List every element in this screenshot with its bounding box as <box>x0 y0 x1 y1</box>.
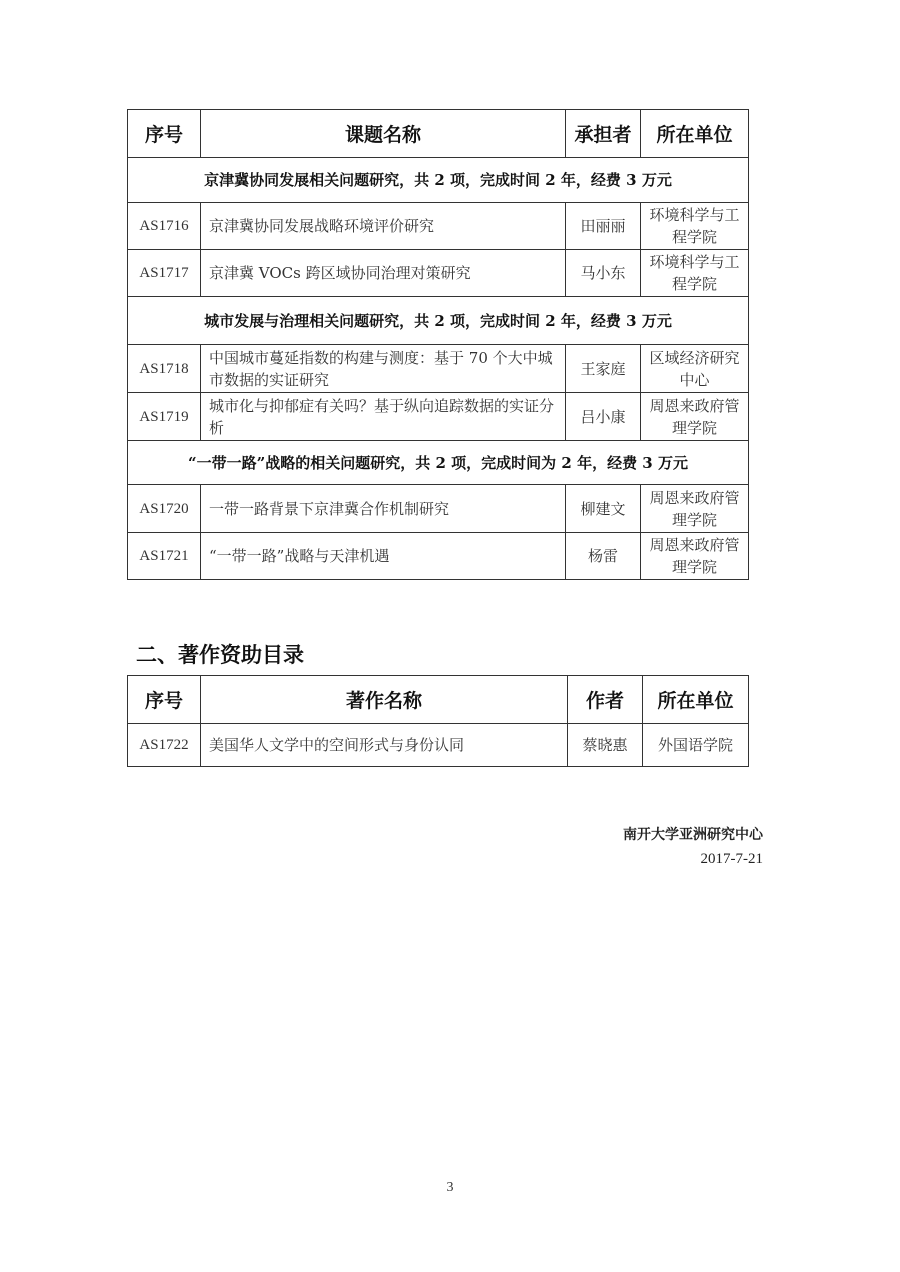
page-number: 3 <box>0 1180 900 1196</box>
project-id: AS1718 <box>128 345 201 393</box>
group-title: 京津冀协同发展相关问题研究，共 2 项，完成时间 2 年，经费 3 万元 <box>128 158 749 203</box>
group-row: 京津冀协同发展相关问题研究，共 2 项，完成时间 2 年，经费 3 万元 <box>128 158 749 203</box>
project-unit: 区域经济研究中心 <box>641 345 749 393</box>
group-title: 城市发展与治理相关问题研究，共 2 项，完成时间 2 年，经费 3 万元 <box>128 297 749 345</box>
project-person: 马小东 <box>566 250 641 297</box>
book-title: 美国华人文学中的空间形式与身份认同 <box>201 724 568 767</box>
project-unit: 周恩来政府管理学院 <box>641 393 749 441</box>
project-person: 王家庭 <box>566 345 641 393</box>
header-title: 课题名称 <box>201 110 566 158</box>
project-unit: 环境科学与工程学院 <box>641 250 749 297</box>
project-title: “一带一路”战略与天津机遇 <box>201 533 566 580</box>
project-unit: 周恩来政府管理学院 <box>641 485 749 533</box>
project-person: 田丽丽 <box>566 203 641 250</box>
header-id: 序号 <box>128 676 201 724</box>
table-row: AS1720 一带一路背景下京津冀合作机制研究 柳建文 周恩来政府管理学院 <box>128 485 749 533</box>
group-row: “一带一路”战略的相关问题研究，共 2 项，完成时间为 2 年，经费 3 万元 <box>128 441 749 485</box>
header-person: 承担者 <box>566 110 641 158</box>
header-unit: 所在单位 <box>641 110 749 158</box>
signature-date: 2017-7-21 <box>623 847 763 871</box>
table-row: AS1718 中国城市蔓延指数的构建与测度：基于 70 个大中城市数据的实证研究… <box>128 345 749 393</box>
signature-block: 南开大学亚洲研究中心 2017-7-21 <box>623 823 763 871</box>
header-title: 著作名称 <box>201 676 568 724</box>
table-row: AS1717 京津冀 VOCs 跨区域协同治理对策研究 马小东 环境科学与工程学… <box>128 250 749 297</box>
project-title: 京津冀协同发展战略环境评价研究 <box>201 203 566 250</box>
table-row: AS1719 城市化与抑郁症有关吗？基于纵向追踪数据的实证分析 吕小康 周恩来政… <box>128 393 749 441</box>
book-table: 序号 著作名称 作者 所在单位 AS1722 美国华人文学中的空间形式与身份认同… <box>127 675 749 767</box>
table-header-row: 序号 课题名称 承担者 所在单位 <box>128 110 749 158</box>
section-heading: 二、著作资助目录 <box>136 639 304 669</box>
project-id: AS1717 <box>128 250 201 297</box>
project-table: 序号 课题名称 承担者 所在单位 京津冀协同发展相关问题研究，共 2 项，完成时… <box>127 109 749 580</box>
book-author: 蔡晓惠 <box>568 724 643 767</box>
header-author: 作者 <box>568 676 643 724</box>
group-title: “一带一路”战略的相关问题研究，共 2 项，完成时间为 2 年，经费 3 万元 <box>128 441 749 485</box>
project-person: 吕小康 <box>566 393 641 441</box>
group-row: 城市发展与治理相关问题研究，共 2 项，完成时间 2 年，经费 3 万元 <box>128 297 749 345</box>
book-id: AS1722 <box>128 724 201 767</box>
header-id: 序号 <box>128 110 201 158</box>
project-title: 一带一路背景下京津冀合作机制研究 <box>201 485 566 533</box>
project-id: AS1720 <box>128 485 201 533</box>
table-row: AS1722 美国华人文学中的空间形式与身份认同 蔡晓惠 外国语学院 <box>128 724 749 767</box>
table-row: AS1721 “一带一路”战略与天津机遇 杨雷 周恩来政府管理学院 <box>128 533 749 580</box>
project-person: 柳建文 <box>566 485 641 533</box>
project-id: AS1719 <box>128 393 201 441</box>
signature-organization: 南开大学亚洲研究中心 <box>623 823 763 847</box>
table-row: AS1716 京津冀协同发展战略环境评价研究 田丽丽 环境科学与工程学院 <box>128 203 749 250</box>
project-unit: 环境科学与工程学院 <box>641 203 749 250</box>
project-title: 京津冀 VOCs 跨区域协同治理对策研究 <box>201 250 566 297</box>
project-title: 城市化与抑郁症有关吗？基于纵向追踪数据的实证分析 <box>201 393 566 441</box>
book-unit: 外国语学院 <box>643 724 749 767</box>
project-id: AS1716 <box>128 203 201 250</box>
project-id: AS1721 <box>128 533 201 580</box>
project-person: 杨雷 <box>566 533 641 580</box>
header-unit: 所在单位 <box>643 676 749 724</box>
project-unit: 周恩来政府管理学院 <box>641 533 749 580</box>
table-header-row: 序号 著作名称 作者 所在单位 <box>128 676 749 724</box>
project-title: 中国城市蔓延指数的构建与测度：基于 70 个大中城市数据的实证研究 <box>201 345 566 393</box>
